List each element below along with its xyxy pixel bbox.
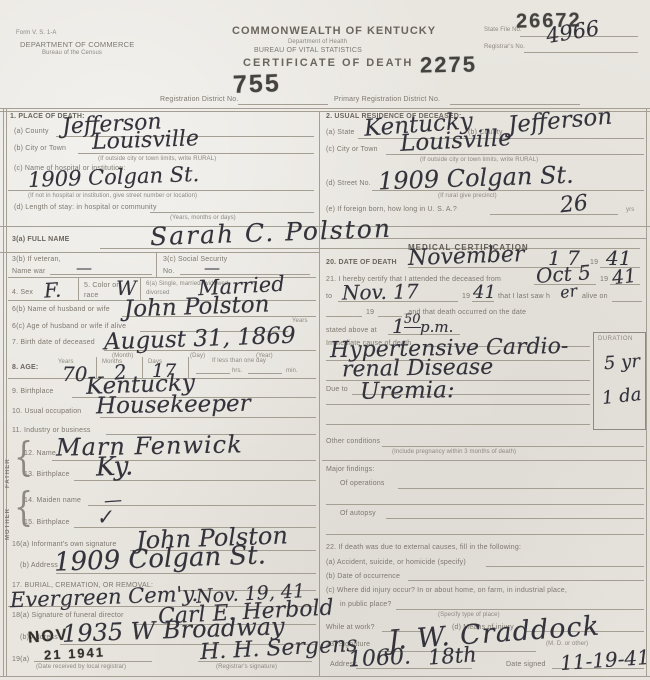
age-min-label: min.	[286, 368, 298, 374]
physician-address-street: 18th	[427, 642, 477, 669]
full-name-label: 3(a) FULL NAME	[12, 236, 70, 243]
certificate-number-stamp: 2275	[420, 52, 477, 79]
age-label: 8. AGE:	[12, 364, 38, 371]
death-date-label: 20. DATE OF DEATH	[326, 259, 397, 266]
father-side-label: FATHER	[5, 444, 11, 488]
attended-to-value: Nov. 17	[342, 279, 419, 304]
rule	[326, 534, 644, 535]
res-foreign-unit: yrs	[626, 207, 634, 213]
occurred-label: , and that death occurred on the date	[404, 309, 526, 316]
rule	[3, 108, 4, 676]
attended-to-year: 41	[473, 282, 496, 303]
birthplace-label: 9. Birthplace	[12, 388, 54, 395]
date-signed-value: 11-19-41	[559, 645, 650, 675]
last-saw-label: that I last saw h	[498, 293, 550, 300]
department-of-commerce-label: DEPARTMENT OF COMMERCE	[20, 40, 134, 49]
pod-hospital-value: 1909 Colgan St.	[28, 162, 200, 192]
spouse-label: 6(b) Name of husband or wife	[12, 306, 110, 313]
injury-where-label: (c) Where did injury occur? In or about …	[326, 587, 567, 594]
rule	[524, 52, 638, 53]
mother-maiden-label: 14. Maiden name	[24, 497, 81, 504]
res-city-value: Louisville	[399, 125, 512, 157]
rule	[50, 274, 152, 275]
registration-district-label: Registration District No.	[160, 96, 239, 103]
veteran-value: —	[76, 258, 92, 277]
rule	[0, 676, 650, 677]
year-prefix: 19	[590, 259, 598, 266]
race-label: 5. Color or	[84, 282, 119, 289]
department-of-health-label: Department of Health	[288, 39, 347, 45]
pod-stay-label: (d) Length of stay: in hospital or commu…	[14, 204, 157, 211]
rule	[248, 373, 282, 374]
spouse-value: John Polston	[124, 291, 270, 322]
rule	[486, 566, 644, 567]
sex-label: 4. Sex	[12, 289, 33, 296]
external-causes-title: 22. If death was due to external causes,…	[326, 544, 521, 551]
to-label: to	[326, 293, 332, 300]
occurrence-date-label: (b) Date of occurrence	[326, 573, 400, 580]
rule	[0, 252, 319, 253]
rule	[6, 108, 7, 676]
while-at-work-label: While at work?	[326, 624, 375, 631]
rule	[150, 212, 314, 213]
father-name-label: 12. Name	[24, 450, 56, 457]
certificate-of-death-title: CERTIFICATE OF DEATH	[243, 57, 413, 69]
rule	[398, 488, 644, 489]
res-state-label: (a) State	[326, 129, 355, 136]
birth-date-day-note: (Day)	[190, 353, 205, 359]
father-birthplace-label: 13. Birthplace	[24, 471, 70, 478]
date-signed-label: Date signed	[506, 661, 546, 668]
last-saw-hw: er	[559, 281, 579, 302]
veteran-war-label: Name war	[12, 268, 46, 275]
duration-label: DURATION	[598, 336, 633, 342]
bureau-vital-statistics-label: BUREAU OF VITAL STATISTICS	[254, 47, 362, 54]
res-city-label: (c) City or Town	[326, 146, 378, 153]
rule	[238, 104, 328, 105]
registrar-number-label: Registrar's No.	[484, 44, 525, 50]
pod-hospital-note: (If not in hospital or institution, give…	[28, 193, 197, 199]
rule	[408, 580, 644, 581]
registrar-item-label: 19(a)	[12, 656, 29, 663]
res-foreign-label: (e) If foreign born, how long in U. S. A…	[326, 206, 457, 213]
rule	[646, 108, 647, 676]
race-label-2: race	[84, 292, 98, 299]
rule	[326, 424, 590, 425]
other-conditions-label: Other conditions	[326, 438, 380, 445]
commonwealth-title: COMMONWEALTH OF KENTUCKY	[232, 25, 436, 37]
autopsy-label: Of autopsy	[340, 510, 376, 517]
due-to-duration-value: 1 da	[601, 384, 642, 409]
birth-date-label: 7. Birth date of deceased	[12, 339, 95, 346]
year-prefix-3: 19	[462, 293, 470, 300]
duration-box	[593, 332, 646, 430]
form-number: Form V. S. 1-A	[16, 30, 57, 36]
death-time-hour: 1	[392, 314, 405, 338]
rule	[612, 301, 642, 302]
rule	[326, 504, 644, 505]
primary-district-label: Primary Registration District No.	[334, 96, 440, 103]
pod-city-value: Louisville	[92, 126, 200, 155]
major-findings-label: Major findings:	[326, 466, 375, 473]
injury-place-note: (Specify type of place)	[438, 612, 500, 618]
other-conditions-note: (Include pregnancy within 3 months of de…	[392, 449, 516, 455]
occupation-value: Housekeeper	[96, 391, 251, 420]
occupation-label: 10. Usual occupation	[12, 408, 81, 415]
ssn-no-label: No.	[163, 268, 175, 275]
rule	[326, 316, 362, 317]
mother-birthplace-label: 15. Birthplace	[24, 519, 70, 526]
accident-label: (a) Accident, suicide, or homicide (spec…	[326, 559, 466, 566]
operations-label: Of operations	[340, 480, 385, 487]
informant-address-label: (b) Address	[20, 562, 58, 569]
age-years-value: 70	[62, 362, 87, 386]
father-name-value: Marn Fenwick	[56, 430, 243, 461]
death-time-minutes: 50	[404, 312, 421, 328]
rule	[396, 609, 644, 610]
rule	[386, 518, 644, 519]
received-date-note: (Date received by local registrar)	[36, 664, 126, 670]
rule	[382, 446, 644, 447]
rule	[490, 214, 618, 215]
injury-public-label: in public place?	[340, 601, 391, 608]
cause-duration-value: 5 yr	[603, 351, 640, 374]
attended-from-year: 41	[611, 265, 637, 289]
year-prefix-2: 19	[600, 276, 608, 283]
rule	[196, 373, 230, 374]
res-foreign-value: 26	[559, 191, 589, 219]
registrar-signature-note: (Registrar's signature)	[216, 664, 277, 670]
pod-city-label: (b) City or Town	[14, 145, 66, 152]
due-to-value: Uremia:	[360, 377, 455, 405]
due-to-label: Due to	[326, 386, 348, 393]
age-less-label: If less than one day	[212, 358, 266, 364]
alive-on-label: alive on	[582, 293, 608, 300]
res-street-note: (If rural give precinct)	[438, 193, 497, 199]
death-date-month: November	[408, 242, 525, 271]
rule	[322, 460, 646, 461]
mother-side-label: MOTHER	[5, 494, 11, 540]
bureau-of-census-label: Bureau of the Census	[42, 50, 102, 56]
father-birthplace-value: Ky.	[95, 451, 133, 482]
physician-address-number: 1060.	[347, 644, 411, 672]
ssn-value: —	[204, 258, 220, 277]
sex-value: F.	[43, 277, 62, 302]
age-hrs-label: hrs.	[232, 368, 242, 374]
death-time-suffix: p.m.	[420, 318, 453, 336]
rule	[78, 278, 79, 300]
pod-county-label: (a) County	[14, 128, 49, 135]
rule	[450, 104, 580, 105]
year-prefix-4: 19	[366, 309, 374, 316]
death-certificate-document: Form V. S. 1-A DEPARTMENT OF COMMERCE Bu…	[0, 0, 650, 680]
veteran-label: 3(b) If veteran,	[12, 256, 61, 263]
rule	[156, 253, 157, 277]
rule	[319, 111, 320, 676]
mother-birthplace-value: ✓	[94, 504, 114, 530]
registration-district-stamp: 755	[233, 69, 282, 100]
res-street-label: (d) Street No.	[326, 180, 371, 187]
stated-above-label: stated above at	[326, 327, 377, 334]
